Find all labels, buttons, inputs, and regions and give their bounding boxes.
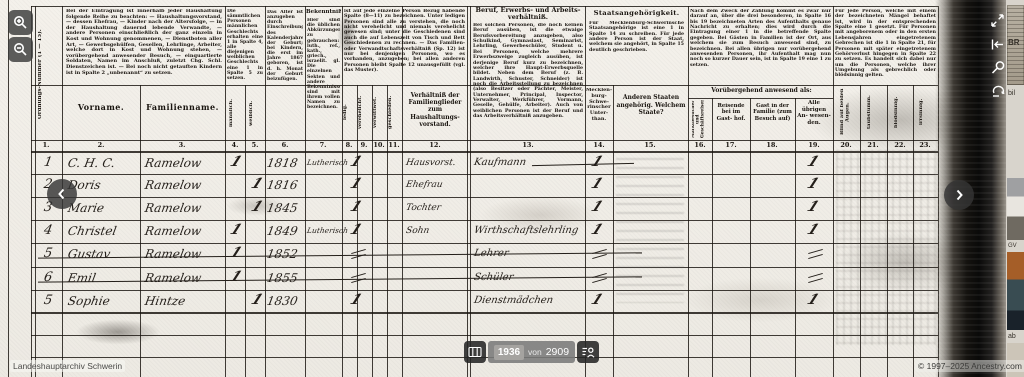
- thumbnail-color-photo[interactable]: [1007, 252, 1024, 330]
- fit-to-width-icon: [990, 37, 1005, 52]
- column-number: 1.: [43, 141, 50, 149]
- column-staats-title: Staatsangehörigkeit.: [587, 9, 686, 17]
- cell-nr: 5: [34, 244, 62, 264]
- column-number: 15.: [644, 141, 655, 149]
- magnifier-tool-icon: [990, 60, 1006, 76]
- column-vorname: Vorname.: [64, 102, 138, 112]
- cell-nr: 1: [34, 153, 62, 173]
- chevron-left-icon: [54, 186, 70, 202]
- column-number: 8.: [346, 141, 353, 149]
- cell-vorname: Emil: [66, 268, 140, 288]
- cell-familienname: Ramelow: [143, 175, 225, 195]
- thumbnail-label: GV: [1008, 243, 1017, 249]
- page-total: 2909: [546, 346, 569, 358]
- column-andere-staaten: Anderen Staaten angehörig. Welchem Staat…: [616, 94, 686, 117]
- column-geschieden: geschieden.: [388, 88, 400, 136]
- instruction-temporary: Nach dem Zweck der Zählung kommt es zwar…: [690, 9, 831, 82]
- cell-nr: 4: [34, 221, 62, 241]
- page-number-input[interactable]: [494, 345, 524, 360]
- column-number: 3.: [179, 141, 186, 149]
- thumbnail-label: ab: [1008, 333, 1016, 340]
- cell-geburtsjahr: 1855: [265, 268, 307, 288]
- rotate-button[interactable]: [989, 82, 1006, 99]
- instruction-names: Bei der Eintragung ist innerhalb jeder H…: [66, 9, 222, 84]
- mark-anwesend: 1: [804, 154, 821, 170]
- instruction-gender: Die sämmtlichen Personen männlichen Gesc…: [227, 9, 263, 84]
- grid-line: [31, 140, 938, 141]
- cell-verhaeltniss: Sohn: [404, 221, 468, 241]
- cell-beruf: Kaufmann: [472, 153, 588, 173]
- cell-familienname: Ramelow: [143, 244, 225, 264]
- instruction-age: Das Alter ist anzugeben durch Einschreib…: [267, 10, 303, 137]
- column-weiblich: weiblich.: [249, 90, 261, 136]
- column-number: 5.: [252, 141, 259, 149]
- mark-stand: 1: [347, 222, 364, 238]
- instruction-infirmities: Für jede Person, welche mit einem der be…: [835, 9, 936, 82]
- cell-familienname: Ramelow: [143, 153, 225, 173]
- column-taubstumm: taubstumm.: [867, 87, 880, 137]
- mark-stand: 1: [347, 154, 364, 170]
- zoom-out-icon: [13, 42, 28, 57]
- column-verehelicht: verehelicht.: [358, 88, 370, 136]
- column-verhaeltniss: Verhältniß der Familienglieder zum Haush…: [405, 92, 465, 128]
- mark-staat: [592, 248, 607, 260]
- cell-vorname: Gustav: [66, 244, 140, 264]
- cell-vorname: C. H. C.: [66, 153, 140, 173]
- fullscreen-button[interactable]: [989, 12, 1006, 29]
- mark-weiblich: 1: [248, 292, 265, 308]
- table-row: 5GustavRamelow11852Lehrer: [0, 243, 1006, 267]
- chevron-right-icon: [951, 187, 967, 203]
- mark-staat: 1: [588, 292, 605, 308]
- table-row: 4ChristelRamelow11849Lutherisch1SohnWirt…: [0, 220, 1006, 243]
- instruction-beruf: Bei solchen Personen, die noch keinen Be…: [473, 23, 583, 137]
- cell-geburtsjahr: 1818: [265, 153, 307, 173]
- cell-geburtsjahr: 1849: [265, 221, 307, 241]
- column-verwittwet: verwittwet.: [373, 88, 385, 136]
- cell-beruf: Wirthschaftslehrling: [472, 221, 588, 241]
- column-number: 18.: [766, 141, 777, 149]
- cell-geburtsjahr: 1816: [265, 175, 307, 195]
- column-number: 13.: [522, 141, 533, 149]
- column-number: 2.: [98, 141, 105, 149]
- instruction-staats: Für Mecklenburg-Schwerinsche Staatsangeh…: [589, 21, 684, 82]
- page-indicator: von 2909: [488, 341, 575, 363]
- column-familienname: Familienname.: [142, 102, 223, 112]
- previous-image-button[interactable]: [47, 179, 77, 209]
- thumbnail-label: bil: [1008, 90, 1015, 97]
- index-panel-button[interactable]: [577, 341, 599, 363]
- cell-nr: 5: [34, 291, 62, 311]
- cell-beruf: Dienstmädchen: [472, 291, 588, 311]
- cell-nr: 6: [34, 268, 62, 288]
- cell-bekenntniss: Lutherisch: [305, 221, 345, 241]
- mark-stand: 1: [347, 292, 364, 308]
- filmstrip-icon: [468, 346, 482, 358]
- grid-line: [31, 312, 938, 314]
- table-row: 5SophieHintze118301Dienstmädchen11: [0, 290, 1006, 312]
- column-blind: Blind auf beiden Augen.: [840, 87, 853, 137]
- mark-staat: [592, 272, 607, 284]
- table-row: 2DorisRamelow118161Ehefrau11: [0, 174, 1006, 197]
- cell-geburtsjahr: 1830: [265, 291, 307, 311]
- mark-staat: 1: [588, 222, 605, 238]
- column-ordnungs-nummer: Ordnungs-Nummer (1 — 15).: [38, 10, 53, 138]
- cell-geburtsjahr: 1845: [265, 198, 307, 218]
- cell-familienname: Hintze: [143, 291, 225, 311]
- cell-geburtsjahr: 1852: [265, 244, 307, 264]
- grid-line: [688, 98, 833, 99]
- column-irrsinnig: irrsinnig.: [919, 87, 932, 137]
- filmstrip-button[interactable]: [464, 341, 486, 363]
- cell-verhaeltniss: Hausvorst.: [404, 153, 468, 173]
- index-person-icon: [581, 345, 595, 359]
- cell-familienname: Ramelow: [143, 221, 225, 241]
- mark-weiblich: 1: [248, 176, 265, 192]
- mark-maennlich: 1: [227, 269, 244, 285]
- cell-bekenntniss: Lutherisch: [305, 153, 345, 173]
- column-number: 9.: [361, 141, 368, 149]
- column-number: 7.: [320, 141, 327, 149]
- cell-vorname: Marie: [66, 198, 140, 218]
- copyright-notice: © 1997–2025 Ancestry.com: [915, 360, 1024, 372]
- mark-stand: 1: [347, 199, 364, 215]
- zoom-in-icon: [13, 15, 28, 30]
- column-number: 11.: [388, 141, 399, 149]
- column-uebrige: Alle übrigen An- wesen- den.: [797, 100, 831, 126]
- rotate-icon: [990, 83, 1006, 99]
- column-number: 14.: [593, 141, 604, 149]
- band-temporary-present: Vorübergehend anwesend als:: [690, 87, 833, 94]
- column-number: 22.: [894, 141, 905, 149]
- column-marktbesucher: Marktbesucher und Geschäftsreisende.: [692, 100, 710, 138]
- column-reisende: Reisende bei im Gast- hof.: [714, 103, 748, 122]
- cell-familienname: Ramelow: [143, 198, 225, 218]
- document-canvas[interactable]: Ordnungs-Nummer (1 — 15). Bei der Eintra…: [0, 0, 1006, 377]
- column-bloedsinnig: blödsinnig.: [894, 87, 907, 137]
- mark-maennlich: 1: [227, 154, 244, 170]
- table-row: 6EmilRamelow11855Schüler: [0, 267, 1006, 290]
- thumbnail-house-photo[interactable]: [1007, 178, 1024, 240]
- mark-maennlich: 1: [227, 222, 244, 238]
- column-maennlich: männlich.: [229, 90, 241, 136]
- fullscreen-icon: [990, 13, 1005, 28]
- mark-weiblich: 1: [248, 199, 265, 215]
- instruction-family-status: ist auf jede einzelne Person Bezug haben…: [344, 9, 465, 83]
- next-image-button[interactable]: [944, 180, 974, 210]
- mark-staat: 1: [588, 199, 605, 215]
- image-viewer: Ordnungs-Nummer (1 — 15). Bei der Eintra…: [0, 0, 1024, 377]
- page-navigator: von 2909: [464, 341, 599, 363]
- mark-anwesend: 1: [804, 222, 821, 238]
- column-number: 16.: [694, 141, 705, 149]
- column-number: 21.: [867, 141, 878, 149]
- mark-anwesend: [808, 248, 823, 260]
- source-attribution: Landeshauptarchiv Schwerin: [10, 360, 125, 372]
- mark-anwesend: 1: [804, 176, 821, 192]
- mark-anwesend: 1: [804, 199, 821, 215]
- column-number: 20.: [840, 141, 851, 149]
- column-ledig: ledig.: [343, 88, 355, 136]
- column-bekenntniss-title: Bekenntniß.: [306, 9, 341, 15]
- column-number: 10.: [373, 141, 384, 149]
- column-number: 4.: [232, 141, 239, 149]
- column-number: 19.: [808, 141, 819, 149]
- instruction-bekenntniss: Hier sind die üblichen Abkürzungen zu ge…: [307, 18, 340, 137]
- page-of-label: von: [528, 347, 542, 357]
- fit-to-width-button[interactable]: [989, 36, 1006, 53]
- cell-verhaeltniss: Ehefrau: [404, 175, 468, 195]
- column-number: 23.: [919, 141, 930, 149]
- grid-line: [31, 335, 938, 336]
- column-beruf-title: Beruf, Erwerbs- und Arbeits- verhältniß.: [473, 7, 583, 21]
- mark-maennlich: 1: [227, 245, 244, 261]
- magnifier-tool-button[interactable]: [989, 59, 1006, 76]
- cell-familienname: Ramelow: [143, 268, 225, 288]
- table-row: 3MarieRamelow118451Tochter11: [0, 197, 1006, 220]
- column-mecklenburg: Mecklen- burg- Schwe- rinscher Unter- th…: [586, 88, 612, 123]
- thumbnail-label: BR: [1008, 38, 1020, 47]
- cell-verhaeltniss: Tochter: [404, 198, 468, 218]
- table-row: 1C. H. C.Ramelow11818Lutherisch1Hausvors…: [0, 152, 1006, 174]
- column-number: 12.: [429, 141, 440, 149]
- cell-vorname: Christel: [66, 221, 140, 241]
- cell-vorname: Doris: [66, 175, 140, 195]
- mark-staat: 1: [588, 154, 605, 170]
- zoom-out-button[interactable]: [8, 37, 33, 62]
- mark-staat: 1: [588, 176, 605, 192]
- column-number: 6.: [282, 141, 289, 149]
- mark-anwesend: [808, 272, 823, 284]
- column-number: 17.: [725, 141, 736, 149]
- mark-stand: 1: [347, 176, 364, 192]
- mark-anwesend: 1: [804, 292, 821, 308]
- column-gast: Gast in der Familie (zum Besuch auf): [752, 103, 793, 122]
- zoom-in-button[interactable]: [8, 10, 33, 35]
- cell-vorname: Sophie: [66, 291, 140, 311]
- thumbnail-panel-sliver: BR bil GV ab: [1006, 0, 1024, 377]
